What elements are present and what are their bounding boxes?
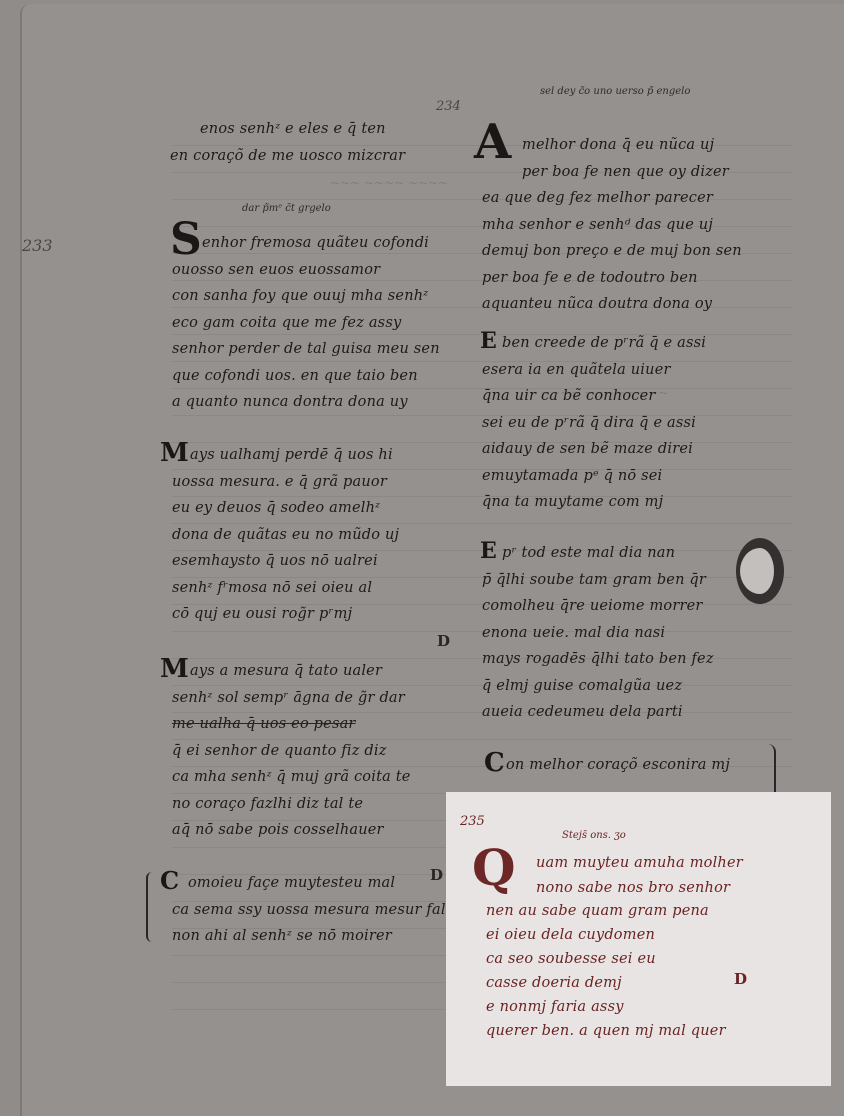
verse-line: omoieu façe muytesteu mal	[172, 870, 446, 897]
verse-line: aueia cedeumeu dela parti	[482, 699, 714, 726]
verse-line: a quanto nunca dontra dona uy	[172, 389, 440, 416]
folio-number-right: 234	[436, 99, 461, 114]
rubric-heading: Stejs̄ ons. ʒo	[562, 830, 626, 841]
left-top-fragment: enos senhᶻ e eles e q̄ ten en coraçõ de…	[170, 116, 405, 169]
verse-line: en coraçõ de me uosco mizcrar	[170, 143, 405, 170]
verse-line: ben creede de pʳrã q̄ e assi	[482, 330, 706, 357]
verse-line: e nonmj faria assy	[486, 995, 743, 1019]
right-stanza-1: melhor dona q̄ eu nũca uj per boa fe ne…	[482, 132, 742, 318]
rubric-heading: dar p̃mᵉ c̄t grgelo	[242, 203, 331, 214]
left-stanza-4: omoieu façe muytesteu mal ca sema ssy uo…	[172, 870, 446, 950]
right-stanza-3: pʳ tod este mal dia nan p̄ q̄lhi soube t…	[482, 540, 714, 726]
verse-line: pʳ tod este mal dia nan	[482, 540, 714, 567]
verse-line: demuj bon preço e de muj bon sen	[482, 238, 742, 265]
verse-line: ays ualhamj perdē q̄ uos hi	[172, 442, 399, 469]
verse-line: no coraço fazlhi diz tal te	[172, 791, 411, 818]
verse-line: q̄ ei senhor de quanto fiz diz	[172, 738, 411, 765]
highlighted-region: 235 Stejs̄ ons. ʒo Q D uam muyteu amuha …	[446, 792, 831, 1086]
folio-number: 235	[460, 814, 485, 829]
verse-line: dona de quãtas eu no mũdo uj	[172, 522, 399, 549]
verse-line: senhᶻ sol sempʳ āgna de g̃r dar	[172, 685, 411, 712]
verse-line: mays rogadēs q̄lhi tato ben fez	[482, 646, 714, 673]
verse-line: q̄na ta muytame com mj	[482, 489, 706, 516]
verse-line: ca sema ssy uossa mesura mesur fal	[172, 897, 446, 924]
verse-line: senhᶻ fʳmosa nō sei oieu al	[172, 575, 399, 602]
verse-line: que cofondi uos. en que taio ben	[172, 363, 440, 390]
verse-line: eu ey deuos q̄ sodeo amelhᶻ	[172, 495, 399, 522]
verse-line: sei eu de pʳrã q̄ dira q̄ e assi	[482, 410, 706, 437]
verse-line: q̄na uir ca bẽ conhocer	[482, 383, 706, 410]
decorated-initial-o	[736, 538, 784, 604]
verse-line: aq̄ nō sabe pois cosselhauer	[172, 817, 411, 844]
verse-line: q̄ elmj guise comalgũa uez	[482, 673, 714, 700]
show-through-text: ~~~ ~~~~ ~~~~	[330, 176, 448, 190]
folio-number-left: 233	[22, 236, 53, 255]
verse-line: uossa mesura. e q̄ grã pauor	[172, 469, 399, 496]
verse-line: casse doeria demj	[486, 971, 743, 995]
bracket-mark	[146, 872, 154, 942]
verse-line: uam muyteu amuha molher	[486, 850, 743, 877]
verse-line: ei oieu dela cuydomen	[486, 923, 743, 947]
rubric-heading: sel dey c̃o uno uerso p̃ engelo	[540, 86, 690, 97]
left-stanza-1: enhor fremosa quãteu cofondi ouosso sen…	[172, 230, 440, 416]
left-stanza-3: ays a mesura q̄ tato ualer senhᶻ sol sem…	[172, 658, 411, 844]
verse-line: enona ueie. mal dia nasi	[482, 620, 714, 647]
verse-line: nono sabe nos bro senhor	[486, 877, 743, 899]
verse-line: nen au sabe quam gram pena	[486, 899, 743, 923]
verse-line: aquanteu nũca doutra dona oy	[482, 291, 742, 318]
paragraph-mark: D	[437, 632, 450, 650]
verse-line: aidauy de sen bẽ maze direi	[482, 436, 706, 463]
verse-line: eco gam coita que me fez assy	[172, 310, 440, 337]
verse-line: non ahi al senhᶻ se nō moirer	[172, 923, 446, 950]
verse-line-struck: me ualha q̄ uos eo pesar	[172, 711, 411, 738]
verse-line: cō quj eu ousi rog̃r pʳmj	[172, 601, 399, 628]
right-stanza-2: ben creede de pʳrã q̄ e assi esera ia e…	[482, 330, 706, 516]
verse-line: esera ia en quãtela uiuer	[482, 357, 706, 384]
verse-line: per boa fe nen que oy dizer	[482, 159, 742, 186]
left-stanza-2: ays ualhamj perdē q̄ uos hi uossa mesur…	[172, 442, 399, 628]
verse-line: mha senhor e senhᵈ das que uj	[482, 212, 742, 239]
verse-line: emuytamada pᵉ q̄ nō sei	[482, 463, 706, 490]
right-stanza-4: on melhor coraçõ esconira mj	[484, 752, 730, 779]
verse-line: melhor dona q̄ eu nũca uj	[482, 132, 742, 159]
verse-line: enhor fremosa quãteu cofondi	[172, 230, 440, 257]
verse-line: on melhor coraçõ esconira mj	[484, 752, 730, 779]
verse-line: ouosso sen euos euossamor	[172, 257, 440, 284]
verse-line: p̄ q̄lhi soube tam gram ben q̄r	[482, 567, 714, 594]
verse-line: enos senhᶻ e eles e q̄ ten	[170, 116, 405, 143]
verse-line: ea que deg fez melhor parecer	[482, 185, 742, 212]
verse-line: querer ben. a quen mj mal quer	[486, 1019, 743, 1043]
verse-line: ca seo soubesse sei eu	[486, 947, 743, 971]
verse-line: ca mha senhᶻ q̄ muj grã coita te	[172, 764, 411, 791]
verse-line: comolheu q̄re ueiome morrer	[482, 593, 714, 620]
highlighted-stanza: uam muyteu amuha molher nono sabe nos br…	[486, 850, 743, 1043]
verse-line: per boa fe e de todoutro ben	[482, 265, 742, 292]
verse-line: con sanha foy que ouuj mha senhᶻ	[172, 283, 440, 310]
verse-line: esemhaysto q̄ uos nō ualrei	[172, 548, 399, 575]
verse-line: ays a mesura q̄ tato ualer	[172, 658, 411, 685]
verse-line: senhor perder de tal guisa meu sen	[172, 336, 440, 363]
